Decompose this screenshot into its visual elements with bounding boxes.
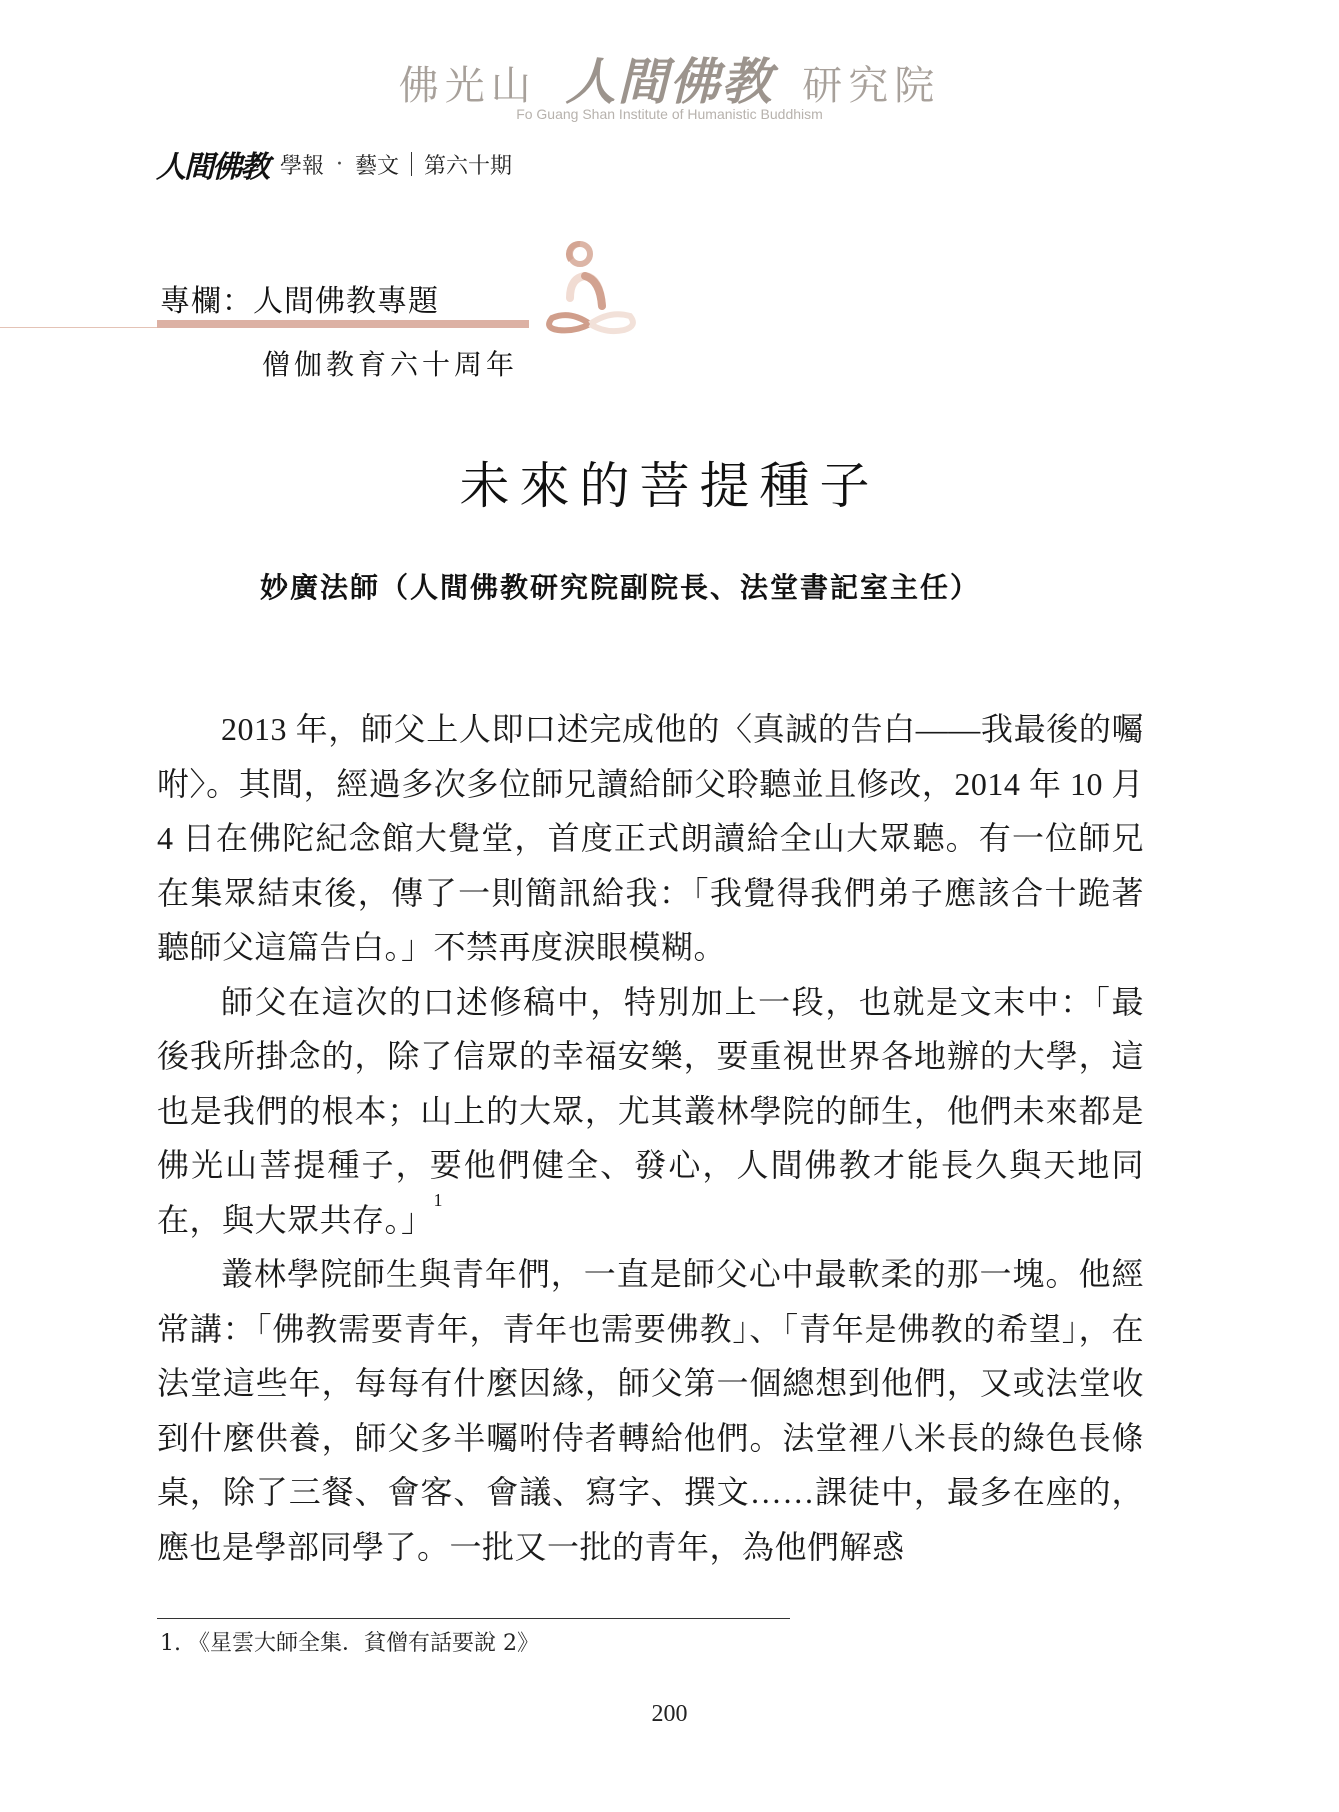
institute-name-chinese: 佛光山 人間佛教 研究院 [0,42,1339,114]
paragraph: 叢林學院師生與青年們，一直是師父心中最軟柔的那一塊。他經常講：「佛教需要青年，青… [157,1247,1144,1574]
column-subtopic: 僧伽教育六十周年 [262,343,518,383]
separator-bar [411,152,412,176]
journal-name: 學報 [280,149,324,180]
separator-dot: · [336,152,343,177]
institute-prefix: 佛光山 [399,63,537,109]
paragraph: 2013 年，師父上人即口述完成他的〈真誠的告白——我最後的囑咐〉。其間，經過多… [157,702,1144,975]
journal-running-header: 人間佛教 學報 · 藝文 第六十期 [156,142,512,186]
article-author: 妙廣法師（人間佛教研究院副院長、法堂書記室主任） [260,566,980,606]
divider-thin [0,327,160,328]
article-title: 未來的菩提種子 [0,446,1339,518]
footnote-ref[interactable]: 1 [434,1190,444,1210]
footnote: 1. 《星雲大師全集．貧僧有話要說 2》 [160,1626,539,1657]
column-label: 專欄：人間佛教專題 [160,276,439,320]
page-number: 200 [0,1701,1339,1728]
institute-brand-calligraphy: 人間佛教 [566,52,774,111]
journal-issue: 第六十期 [424,149,512,180]
journal-logo: 人間佛教 [156,142,268,186]
divider-accent [157,320,529,328]
journal-section: 藝文 [355,149,399,180]
institute-suffix: 研究院 [802,63,940,109]
paragraph: 師父在這次的口述修稿中，特別加上一段，也就是文末中：「最後我所掛念的，除了信眾的… [157,975,1144,1248]
meditating-figure-icon [540,238,640,344]
institute-name-english: Fo Guang Shan Institute of Humanistic Bu… [0,106,1339,122]
article-body: 2013 年，師父上人即口述完成他的〈真誠的告白——我最後的囑咐〉。其間，經過多… [157,702,1144,1574]
footnote-divider [157,1618,790,1619]
